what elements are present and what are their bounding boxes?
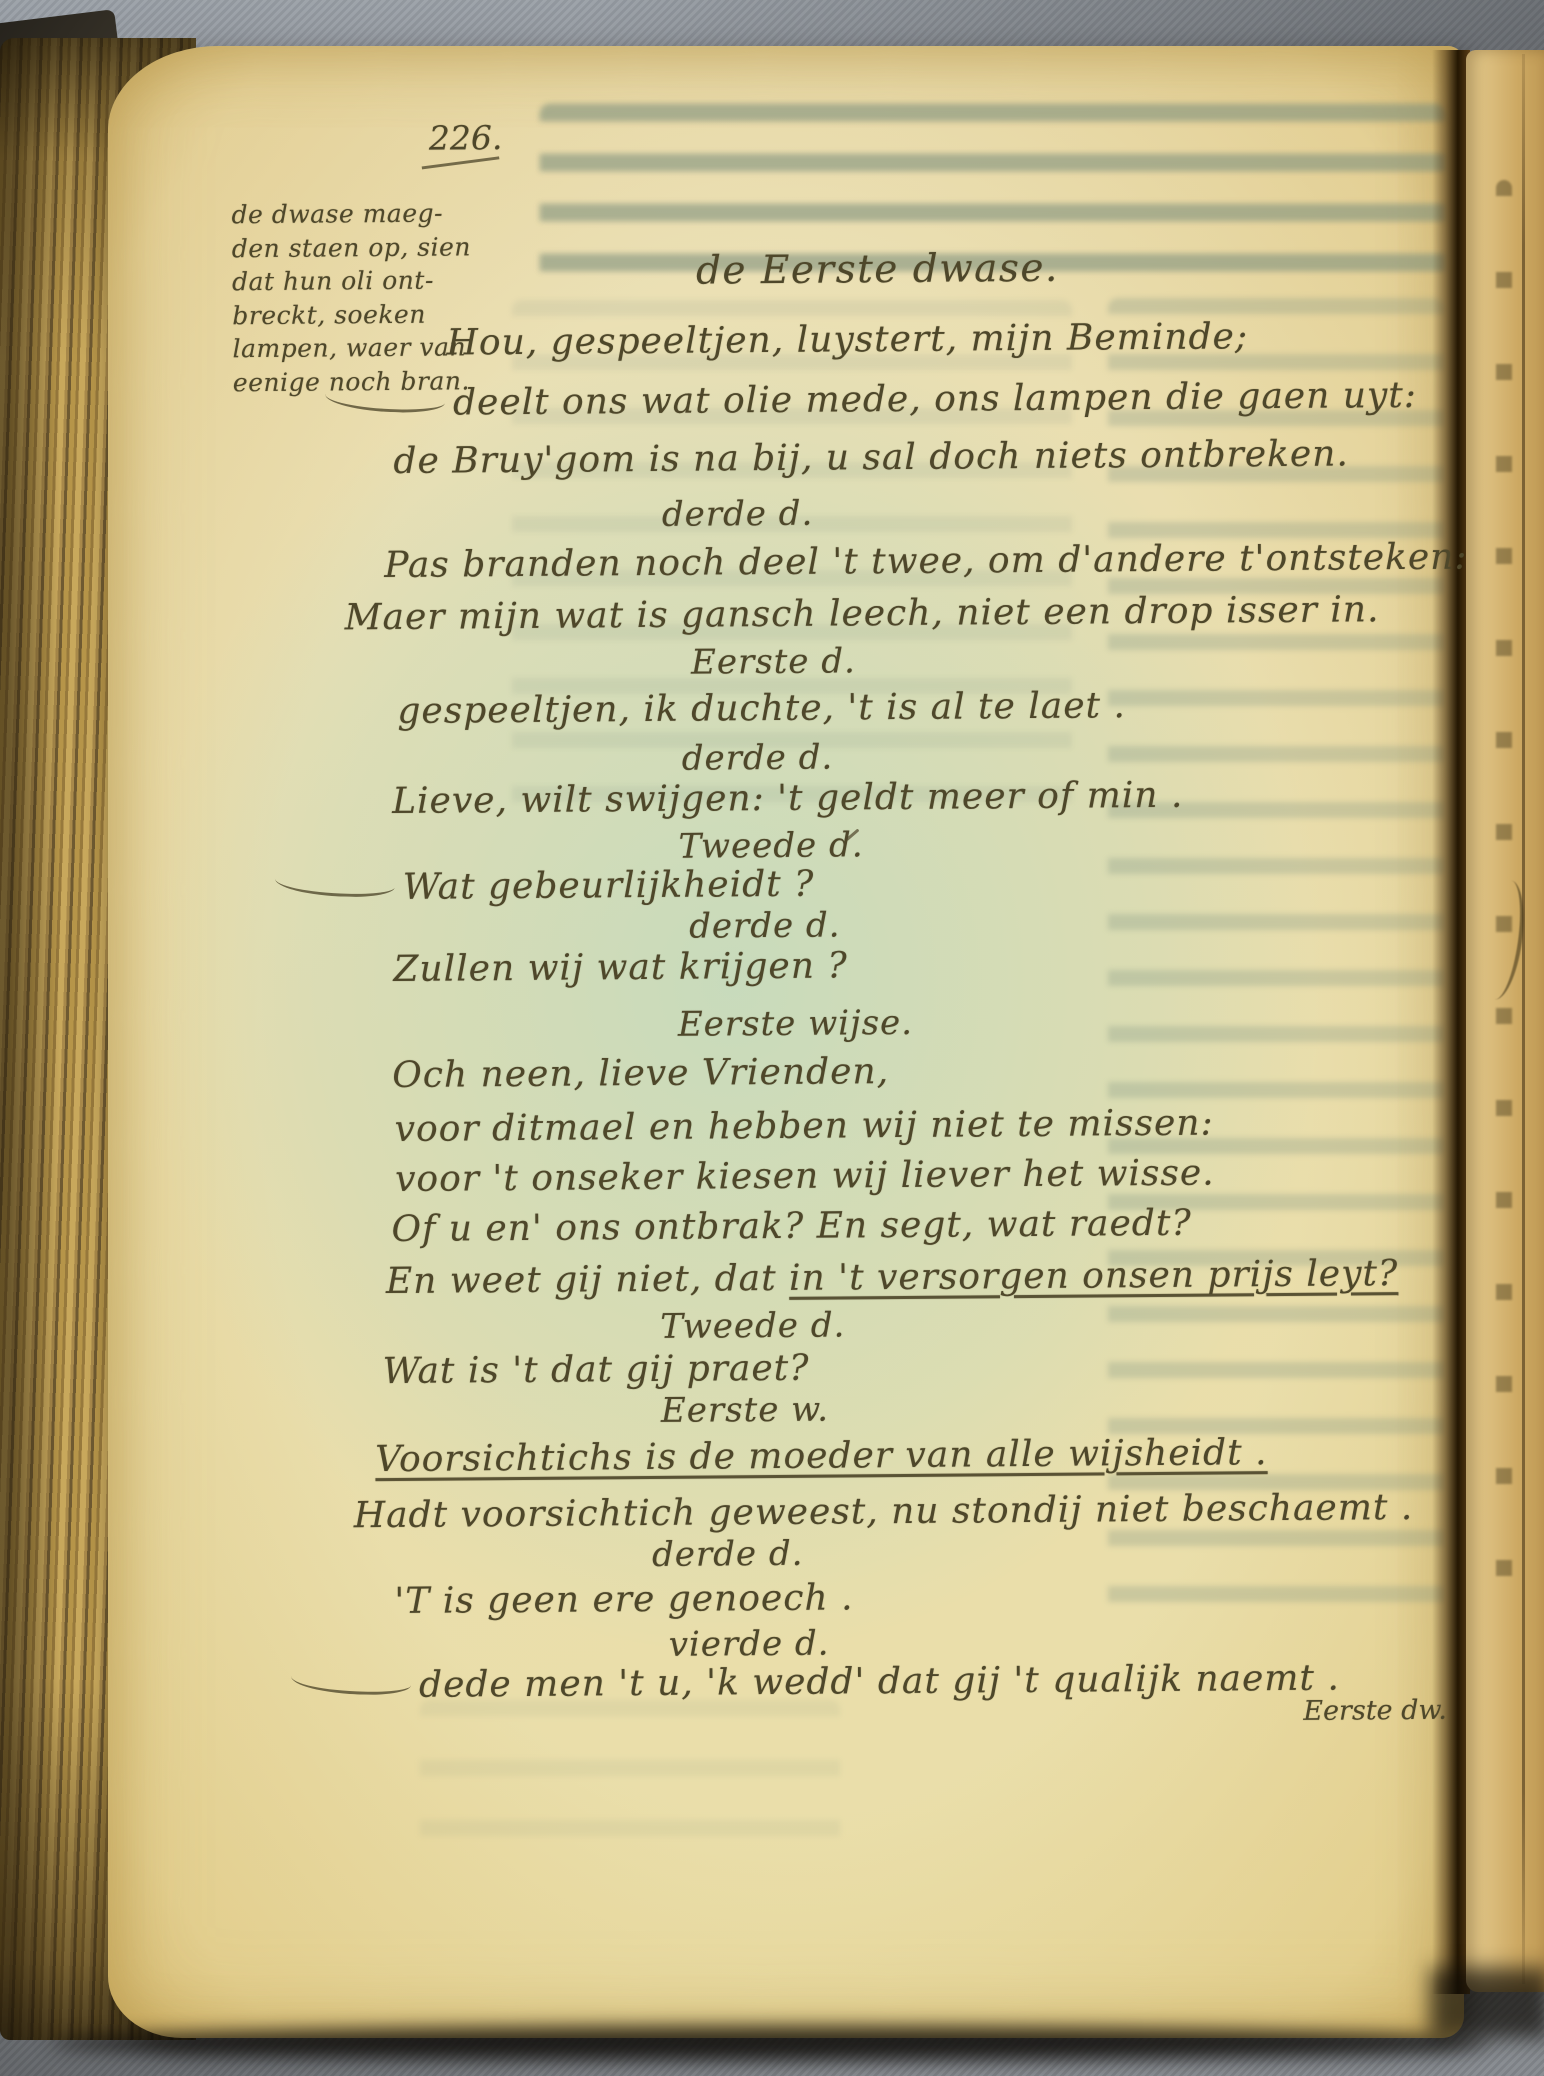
verse-line: voor ditmael en hebben wij niet te misse… xyxy=(395,1103,1214,1150)
margin-note: de dwase maeg- den staen op, sien dat hu… xyxy=(231,196,473,399)
speaker-cue: derde d. xyxy=(689,905,841,946)
manuscript-photo: 226. de dwase maeg- den staen op, sien d… xyxy=(0,0,1544,2076)
speaker-cue: vierde d. xyxy=(669,1624,830,1665)
speaker-cue: Eerste w. xyxy=(661,1390,829,1431)
speaker-cue: Tweede d. xyxy=(678,825,863,866)
verse-line: voor 't onseker kiesen wij liever het wi… xyxy=(395,1153,1215,1200)
verse-line: gespeeltjen, ik duchte, 't is al te laet… xyxy=(397,685,1126,732)
verse-line: dede men 't u, 'k wedd' dat gij 't quali… xyxy=(419,1658,1340,1706)
verse-line: Maer mijn wat is gansch leech, niet een … xyxy=(345,589,1380,638)
speaker-cue: derde d. xyxy=(662,494,814,535)
handwritten-text-block: 226. de dwase maeg- den staen op, sien d… xyxy=(0,0,1544,2076)
verse-line: Of u en' ons ontbrak? En segt, wat raedt… xyxy=(391,1203,1191,1250)
verse-line: Hadt voorsichtich geweest, nu stondij ni… xyxy=(354,1487,1414,1536)
speaker-cue: derde d. xyxy=(652,1534,804,1575)
catchword: Eerste dw. xyxy=(1303,1695,1447,1727)
verse-line: Hou, gespeeltjen, luystert, mijn Beminde… xyxy=(446,316,1248,363)
verse-line: Wat is 't dat gij praet? xyxy=(382,1348,809,1392)
margin-note-line: breckt, soeken xyxy=(232,297,472,332)
verse-line: Lieve, wilt swijgen: 't geldt meer of mi… xyxy=(392,775,1184,822)
speaker-cue: Eerste wijse. xyxy=(678,1003,913,1045)
underlined-verse-segment: in 't versorgen onsen prijs leyt? xyxy=(789,1253,1398,1299)
verse-line: Wat gebeurlijkheidt ? xyxy=(403,864,815,908)
folio-number: 226. xyxy=(429,118,507,161)
speaker-cue: derde d. xyxy=(682,738,834,779)
margin-note-line: den staen op, sien xyxy=(232,230,472,265)
verse-line: deelt ons wat olie mede, ons lampen die … xyxy=(453,375,1417,424)
verse-line: Och neen, lieve Vrienden, xyxy=(392,1051,889,1096)
verse-segment: En weet gij niet, dat xyxy=(386,1258,789,1302)
margin-note-line: lampen, waer van xyxy=(232,330,472,365)
verse-line: Pas branden noch deel 't twee, om d'ande… xyxy=(384,537,1468,587)
underlined-verse-line: Voorsichtichs is de moeder van alle wijs… xyxy=(375,1432,1268,1480)
verse-line: 'T is geen ere genoech . xyxy=(394,1577,853,1622)
speaker-cue: Eerste d. xyxy=(691,641,856,682)
verse-line: Zullen wij wat krijgen ? xyxy=(393,945,848,990)
scene-heading: de Eerste dwase. xyxy=(696,246,1059,294)
verse-line-with-underline: En weet gij niet, dat in 't versorgen on… xyxy=(386,1253,1399,1302)
margin-note-line: dat hun oli ont- xyxy=(232,263,472,298)
verse-line: de Bruy'gom is na bij, u sal doch niets … xyxy=(393,433,1349,482)
speaker-cue: Tweede d. xyxy=(660,1305,845,1346)
margin-note-line: de dwase maeg- xyxy=(231,196,471,231)
